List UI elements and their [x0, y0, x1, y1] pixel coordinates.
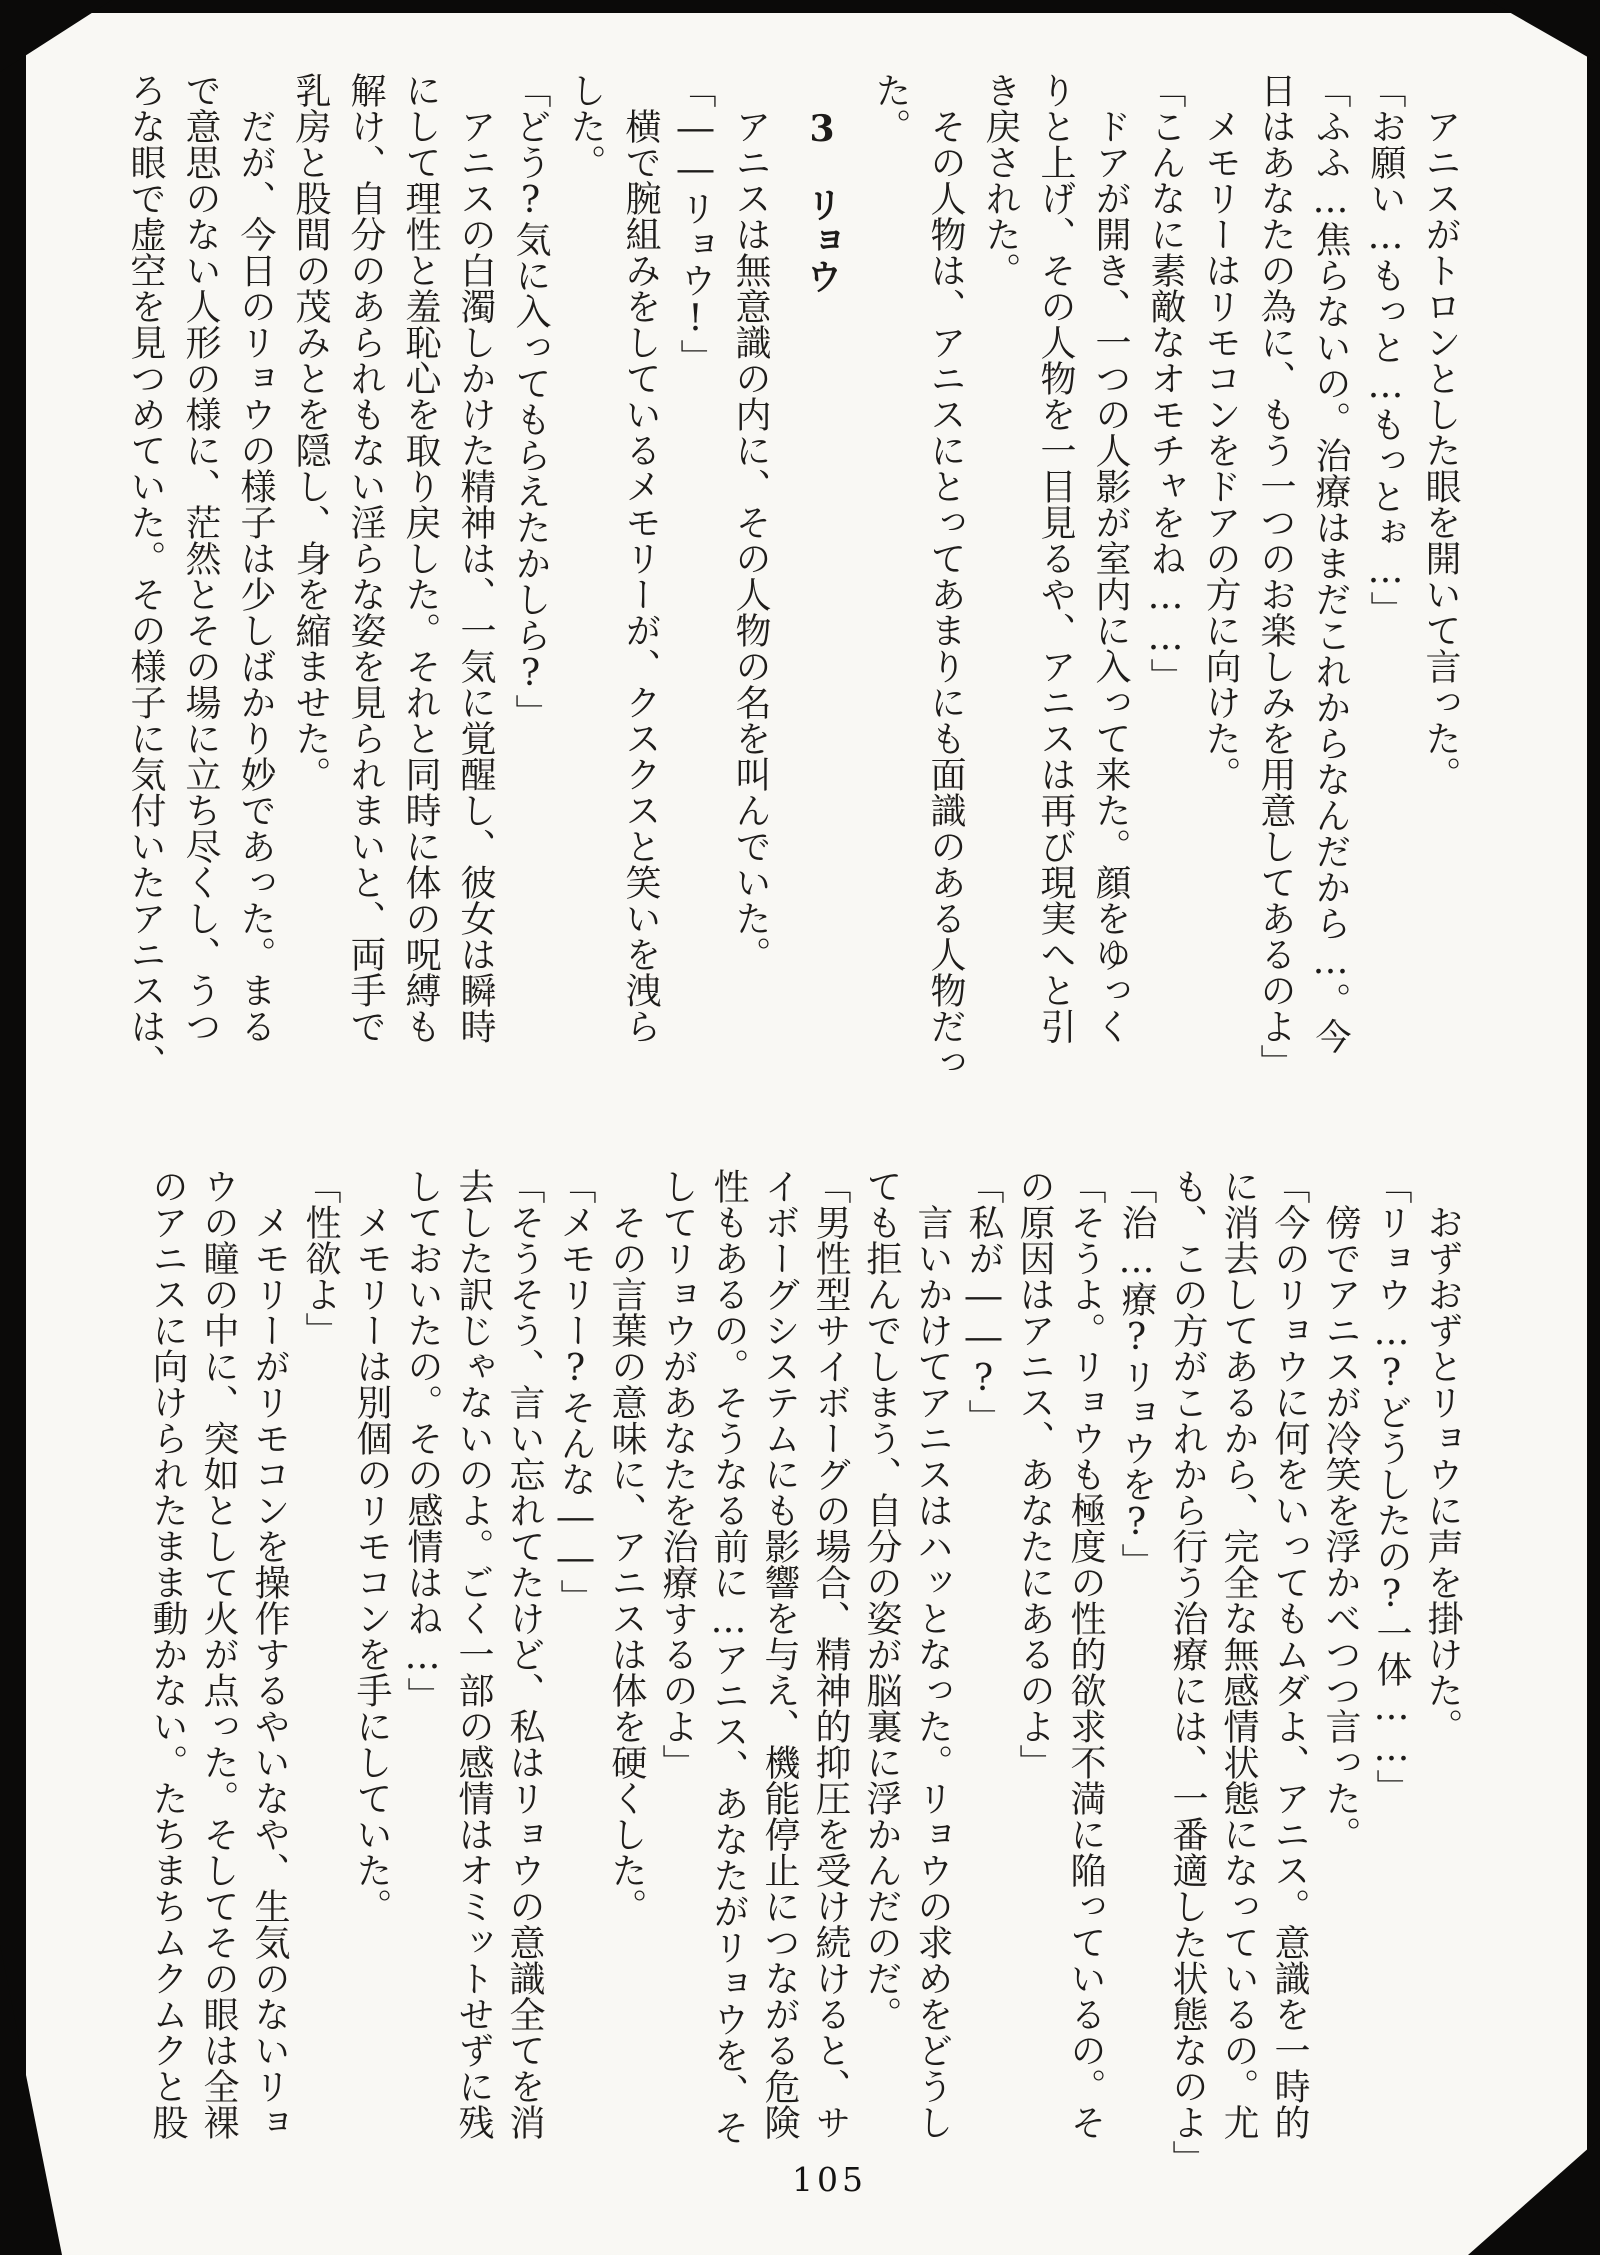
text-column: 「お願い…もっと…もっとぉ…」 — [1358, 72, 1413, 1090]
text-column: 性もあるの。そうなる前に…アニス、あなたがリョウを、そ — [703, 1168, 754, 2173]
text-column: メモリーは別個のリモコンを手にしていた。 — [346, 1168, 397, 2173]
scan-edge-left — [0, 0, 26, 2255]
text-column: イボーグシステムにも影響を与え、機能停止につながる危険 — [754, 1168, 805, 2173]
text-column: 「こんなに素敵なオモチャをね……」 — [1138, 72, 1193, 1090]
text-column: その言葉の意味に、アニスは体を硬くした。 — [601, 1168, 652, 2173]
text-column: ウの瞳の中に、突如として火が点った。そしてその眼は全裸 — [193, 1168, 244, 2173]
text-column: も、この方がこれから行う治療には、一番適した状態なのよ」 — [1162, 1168, 1213, 2173]
text-column: した。 — [558, 72, 613, 1090]
top-text-block: アニスがトロンとした眼を開いて言った。「お願い…もっと…もっとぉ…」「ふふ…焦ら… — [118, 72, 1468, 1090]
text-column: 「メモリー?そんな――」 — [550, 1168, 601, 2173]
text-column: 傍でアニスが冷笑を浮かべつつ言った。 — [1315, 1168, 1366, 2173]
text-column: 「――リョウ!」 — [668, 72, 723, 1090]
text-column: 乳房と股間の茂みとを隠し、身を縮ませた。 — [283, 72, 338, 1090]
scanned-novel-page: アニスがトロンとした眼を開いて言った。「お願い…もっと…もっとぉ…」「ふふ…焦ら… — [0, 0, 1600, 2255]
text-column: しておいたの。その感情はね…」 — [397, 1168, 448, 2173]
text-column: の原因はアニス、あなたにあるのよ」 — [1009, 1168, 1060, 2173]
text-column: 「リョウ…?どうしたの?一体……」 — [1366, 1168, 1417, 2173]
scan-corner-top-right — [1488, 0, 1600, 64]
scan-corner-bottom-right — [1468, 2138, 1600, 2255]
text-column: 言いかけてアニスはハッとなった。リョウの求めをどうし — [907, 1168, 958, 2173]
text-column: 「男性型サイボーグの場合、精神的抑圧を受け続けると、サ — [805, 1168, 856, 2173]
text-column: 「治…療?リョウを?」 — [1111, 1168, 1162, 2173]
text-column: アニスの白濁しかけた精神は、一気に覚醒し、彼女は瞬時 — [448, 72, 503, 1090]
text-column: 日はあなたの為に、もう一つのお楽しみを用意してあるのよ」 — [1248, 72, 1303, 1090]
text-column: 「今のリョウに何をいってもムダよ、アニス。意識を一時的 — [1264, 1168, 1315, 2173]
text-column: 「私が――?」 — [958, 1168, 1009, 2173]
text-column: のアニスに向けられたまま動かない。たちまちムクムクと股 — [142, 1168, 193, 2173]
text-column: た。 — [863, 72, 918, 1090]
bottom-text-block: おずおずとリョウに声を掛けた。「リョウ…?どうしたの?一体……」 傍でアニスが冷… — [142, 1168, 1468, 2173]
scan-corner-top-left — [0, 0, 112, 72]
text-column: 「そうよ。リョウも極度の性的欲求不満に陥っているの。そ — [1060, 1168, 1111, 2173]
text-column: 解け、自分のあられもない淫らな姿を見られまいと、両手で — [338, 72, 393, 1090]
text-column: りと上げ、その人物を一目見るや、アニスは再び現実へと引 — [1028, 72, 1083, 1090]
text-column: ても拒んでしまう、自分の姿が脳裏に浮かんだのだ。 — [856, 1168, 907, 2173]
text-column: 「どう?気に入ってもらえたかしら?」 — [503, 72, 558, 1090]
text-column: 去した訳じゃないのよ。ごく一部の感情はオミットせずに残 — [448, 1168, 499, 2173]
page-number: 105 — [792, 2160, 867, 2199]
text-column: 「ふふ…焦らないの。治療はまだこれからなんだから…。今 — [1303, 72, 1358, 1090]
text-column: アニスがトロンとした眼を開いて言った。 — [1413, 72, 1468, 1090]
scan-corner-bottom-left — [0, 1945, 62, 2255]
text-column: おずおずとリョウに声を掛けた。 — [1417, 1168, 1468, 2173]
text-column: ドアが開き、一つの人影が室内に入って来た。顔をゆっく — [1083, 72, 1138, 1090]
text-column: メモリーはリモコンをドアの方に向けた。 — [1193, 72, 1248, 1090]
text-column: 「性欲よ」 — [295, 1168, 346, 2173]
text-column: アニスは無意識の内に、その人物の名を叫んでいた。 — [723, 72, 778, 1090]
scan-edge-top — [0, 0, 1600, 13]
text-column: に消去してあるから、完全な無感情状態になっているの。尤 — [1213, 1168, 1264, 2173]
text-column: 「そうそう、言い忘れてたけど、私はリョウの意識全てを消 — [499, 1168, 550, 2173]
text-column: で意思のない人形の様に、茫然とその場に立ち尽くし、うつ — [173, 72, 228, 1090]
text-column: してリョウがあなたを治療するのよ」 — [652, 1168, 703, 2173]
text-column: にして理性と羞恥心を取り戻した。それと同時に体の呪縛も — [393, 72, 448, 1090]
text-column: メモリーがリモコンを操作するやいなや、生気のないリョ — [244, 1168, 295, 2173]
text-column: き戻された。 — [973, 72, 1028, 1090]
text-column: ろな眼で虚空を見つめていた。その様子に気付いたアニスは、 — [118, 72, 173, 1090]
text-column: だが、今日のリョウの様子は少しばかり妙であった。まる — [228, 72, 283, 1090]
section-heading: 3 リョウ — [794, 72, 849, 1090]
text-column: 横で腕組みをしているメモリーが、クスクスと笑いを洩ら — [613, 72, 668, 1090]
text-column: その人物は、アニスにとってあまりにも面識のある人物だっ — [918, 72, 973, 1090]
scan-edge-right — [1587, 0, 1600, 2255]
